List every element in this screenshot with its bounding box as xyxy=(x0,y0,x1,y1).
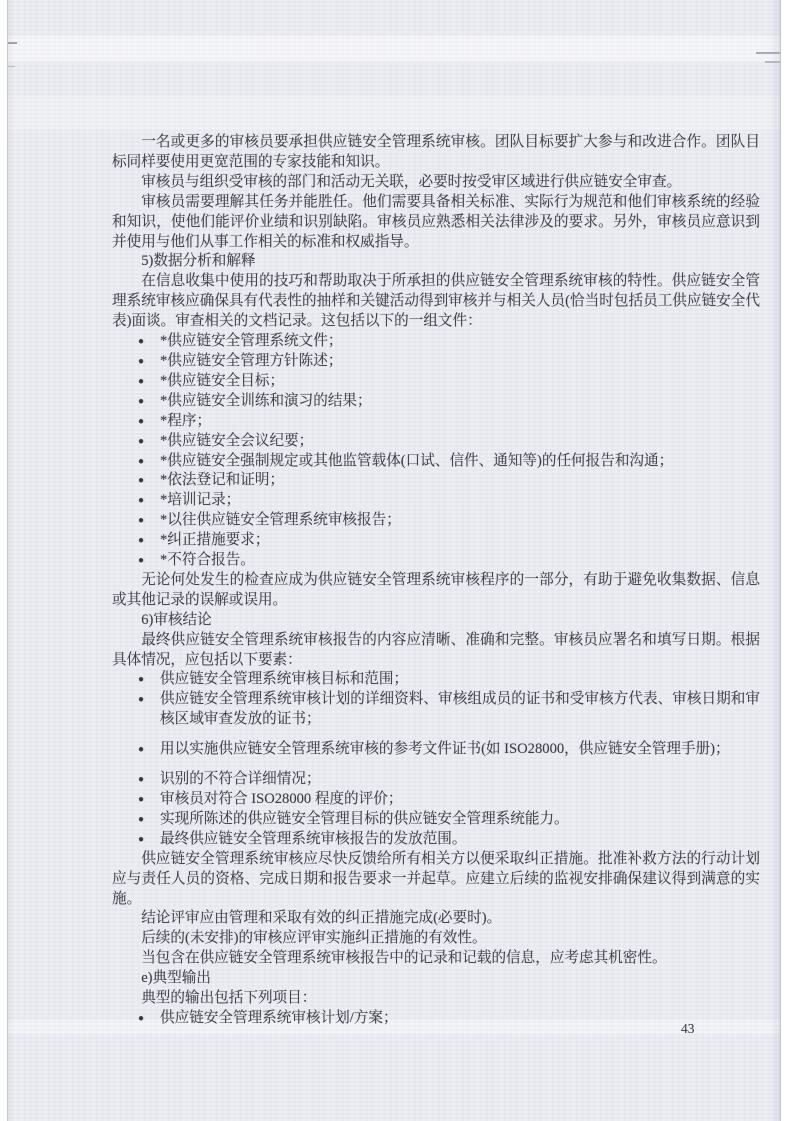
bullet-item: ●*程序； xyxy=(112,412,760,432)
bullet-text: *供应链安全会议纪要； xyxy=(160,433,313,449)
bullet-item: ●*供应链安全管理方针陈述； xyxy=(112,352,760,372)
bullet-icon: ● xyxy=(138,551,144,571)
bullet-icon: ● xyxy=(138,352,144,372)
paragraph: 典型的输出包括下列项目： xyxy=(112,989,760,1009)
bullet-text: *供应链安全目标； xyxy=(160,373,284,389)
bullet-icon: ● xyxy=(138,511,144,531)
bullet-item: ●*供应链安全会议纪要； xyxy=(112,432,760,452)
bullet-text: 审核员对符合 ISO28000 程度的评价； xyxy=(160,791,402,807)
bullet-item: ●*供应链安全目标； xyxy=(112,372,760,392)
bullet-icon: ● xyxy=(138,372,144,392)
bullet-item: ●*供应链安全训练和演习的结果； xyxy=(112,392,760,412)
bullet-text: *纠正措施要求； xyxy=(160,532,269,548)
bullet-item: ●*供应链安全管理系统文件； xyxy=(112,332,760,352)
bullet-text: *培训记录； xyxy=(160,492,240,508)
bullet-text: 用以实施供应链安全管理系统审核的参考文件证书(如 ISO28000，供应链安全管… xyxy=(160,741,730,757)
bullet-icon: ● xyxy=(138,770,144,790)
section-heading: 5)数据分析和解释 xyxy=(112,252,760,272)
bullet-icon: ● xyxy=(138,471,144,491)
bullet-item: ●*培训记录； xyxy=(112,491,760,511)
bullet-icon: ● xyxy=(138,830,144,850)
bullet-item: ●最终供应链安全管理系统审核报告的发放范围。 xyxy=(112,830,760,850)
bullet-item: ●供应链安全管理系统审核目标和范围； xyxy=(112,670,760,690)
bullet-icon: ● xyxy=(138,690,144,710)
bullet-icon: ● xyxy=(138,740,144,760)
scanner-mark-left-1 xyxy=(8,42,17,44)
scan-light-band-mid xyxy=(8,96,780,130)
bullet-text: *供应链安全管理方针陈述； xyxy=(160,353,342,369)
scanned-page: 一名或更多的审核员要承担供应链安全管理系统审核。团队目标要扩大参与和改进合作。团… xyxy=(7,0,781,1121)
bullet-item: ●*纠正措施要求； xyxy=(112,531,760,551)
paragraph: 一名或更多的审核员要承担供应链安全管理系统审核。团队目标要扩大参与和改进合作。团… xyxy=(112,133,760,173)
bullet-text: *供应链安全管理系统文件； xyxy=(160,333,342,349)
bullet-item: ●供应链安全管理系统审核计划/方案； xyxy=(112,1009,760,1029)
bullet-icon: ● xyxy=(138,412,144,432)
paragraph: 无论何处发生的检查应成为供应链安全管理系统审核程序的一部分，有助于避免收集数据、… xyxy=(112,571,760,611)
bullet-icon: ● xyxy=(138,790,144,810)
paragraph: 后续的(未安排)的审核应评审实施纠正措施的有效性。 xyxy=(112,929,760,949)
bullet-icon: ● xyxy=(138,670,144,690)
bullet-text: *供应链安全训练和演习的结果； xyxy=(160,393,372,409)
section-heading: 6)审核结论 xyxy=(112,611,760,631)
page-number: 43 xyxy=(681,1021,695,1037)
bullet-icon: ● xyxy=(138,452,144,472)
bullet-text: *程序； xyxy=(160,413,211,429)
scanner-mark-right-2 xyxy=(765,61,780,63)
paragraph: 供应链安全管理系统审核应尽快反馈给所有相关方以便采取纠正措施。批准补救方法的行动… xyxy=(112,850,760,910)
paragraph: 最终供应链安全管理系统审核报告的内容应清晰、准确和完整。审核员应署名和填写日期。… xyxy=(112,631,760,671)
bullet-text: 供应链安全管理系统审核目标和范围； xyxy=(160,671,408,687)
bullet-item: ●识别的不符合详细情况； xyxy=(112,770,760,790)
scanner-mark-right-1 xyxy=(756,52,780,54)
bullet-item: ●*依法登记和证明； xyxy=(112,471,760,491)
paragraph: 审核员与组织受审核的部门和活动无关联，必要时按受审区域进行供应链安全审查。 xyxy=(112,173,760,193)
document-content: 一名或更多的审核员要承担供应链安全管理系统审核。团队目标要扩大参与和改进合作。团… xyxy=(112,133,760,1029)
bullet-item: ●供应链安全管理系统审核计划的详细资料、审核组成员的证书和受审核方代表、审核日期… xyxy=(112,690,760,730)
bullet-text: 供应链安全管理系统审核计划/方案； xyxy=(160,1010,398,1026)
bullet-text: 实现所陈述的供应链安全管理目标的供应链安全管理系统能力。 xyxy=(160,811,569,827)
bullet-item: ●用以实施供应链安全管理系统审核的参考文件证书(如 ISO28000，供应链安全… xyxy=(112,740,760,760)
section-heading: e)典型输出 xyxy=(112,969,760,989)
bullet-icon: ● xyxy=(138,491,144,511)
bullet-text: *不符合报告。 xyxy=(160,552,255,568)
scan-light-band-top xyxy=(8,36,780,62)
bullet-item: ●*不符合报告。 xyxy=(112,551,760,571)
bullet-item: ●实现所陈述的供应链安全管理目标的供应链安全管理系统能力。 xyxy=(112,810,760,830)
bullet-text: 最终供应链安全管理系统审核报告的发放范围。 xyxy=(160,831,466,847)
page-right-edge-shadow xyxy=(770,0,780,1121)
bullet-item: ●*以往供应链安全管理系统审核报告； xyxy=(112,511,760,531)
paragraph: 审核员需要理解其任务并能胜任。他们需要具备相关标准、实际行为规范和他们审核系统的… xyxy=(112,193,760,253)
bullet-item: ●审核员对符合 ISO28000 程度的评价； xyxy=(112,790,760,810)
bullet-text: 识别的不符合详细情况； xyxy=(160,771,321,787)
paragraph: 在信息收集中使用的技巧和帮助取决于所承担的供应链安全管理系统审核的特性。供应链安… xyxy=(112,272,760,332)
scanner-mark-left-2 xyxy=(8,66,15,67)
paragraph: 结论评审应由管理和采取有效的纠正措施完成(必要时)。 xyxy=(112,909,760,929)
paragraph: 当包含在供应链安全管理系统审核报告中的记录和记载的信息，应考虑其机密性。 xyxy=(112,949,760,969)
bullet-icon: ● xyxy=(138,332,144,352)
page-left-edge-shadow xyxy=(8,0,14,1121)
bullet-icon: ● xyxy=(138,1009,144,1029)
bullet-icon: ● xyxy=(138,810,144,830)
bullet-text: *以往供应链安全管理系统审核报告； xyxy=(160,512,401,528)
bullet-text: *依法登记和证明； xyxy=(160,472,284,488)
bullet-text: 供应链安全管理系统审核计划的详细资料、审核组成员的证书和受审核方代表、审核日期和… xyxy=(160,691,760,727)
bullet-icon: ● xyxy=(138,392,144,412)
bullet-item: ●*供应链安全强制规定或其他监管载体(口试、信件、通知等)的任何报告和沟通； xyxy=(112,452,760,472)
bullet-icon: ● xyxy=(138,531,144,551)
bullet-text: *供应链安全强制规定或其他监管载体(口试、信件、通知等)的任何报告和沟通； xyxy=(160,453,673,469)
bullet-icon: ● xyxy=(138,432,144,452)
